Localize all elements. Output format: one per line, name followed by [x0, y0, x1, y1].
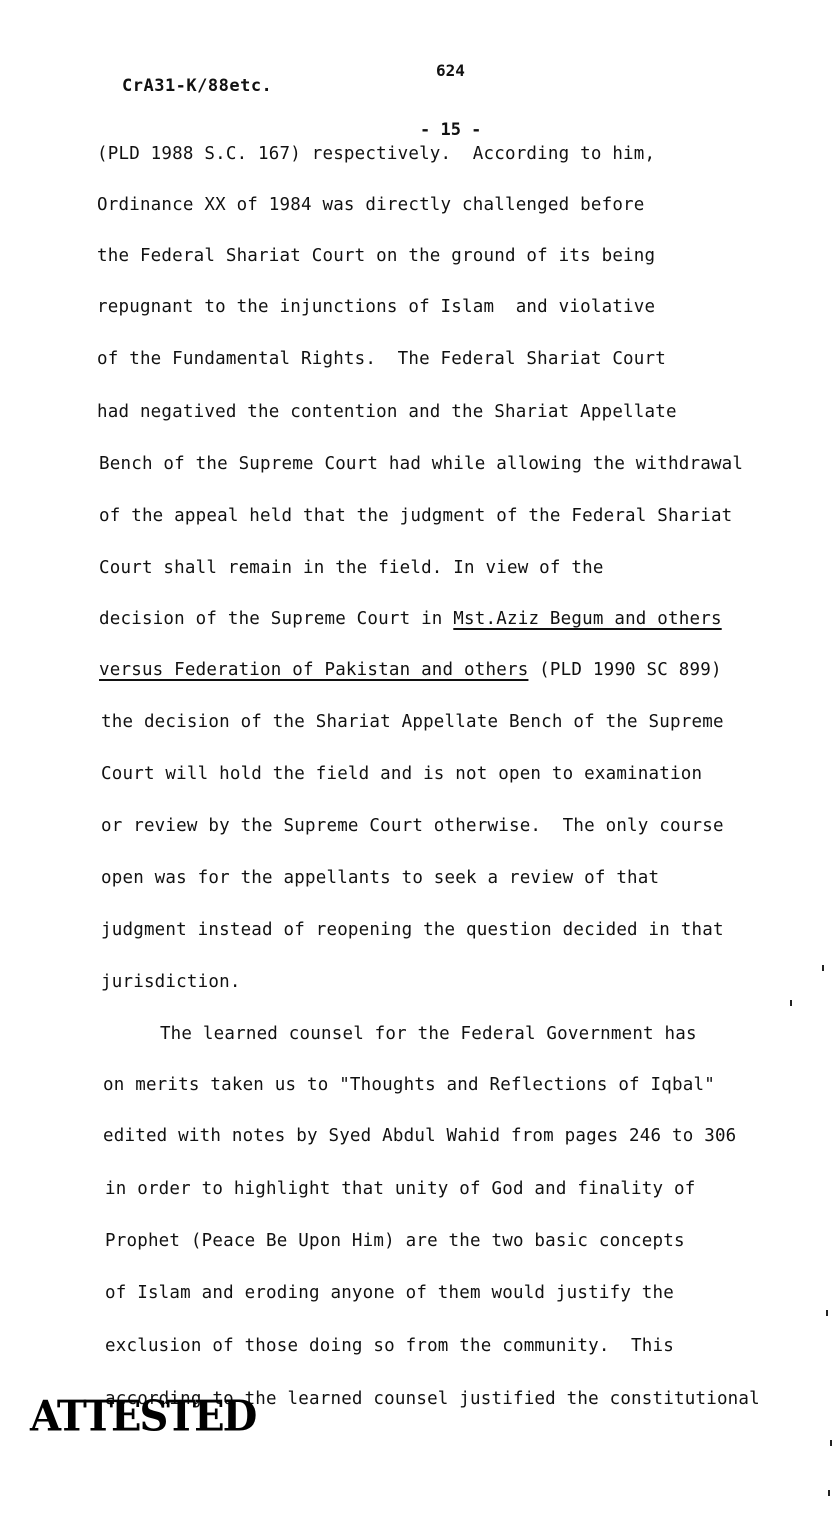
- citation-reference: (PLD 1990 SC 899): [528, 660, 721, 680]
- body-line-citation: decision of the Supreme Court in Mst.Azi…: [99, 609, 722, 629]
- body-line: Court shall remain in the field. In view…: [99, 558, 604, 578]
- body-line: Court will hold the field and is not ope…: [101, 764, 702, 784]
- body-line: the Federal Shariat Court on the ground …: [97, 246, 655, 266]
- scan-speck: [828, 1490, 830, 1496]
- scan-speck: [790, 1000, 792, 1006]
- scan-speck: [826, 1310, 828, 1316]
- body-line: exclusion of those doing so from the com…: [105, 1336, 674, 1356]
- body-line: Ordinance XX of 1984 was directly challe…: [97, 195, 645, 215]
- body-line: of the Fundamental Rights. The Federal S…: [97, 349, 666, 369]
- body-line: of Islam and eroding anyone of them woul…: [105, 1283, 674, 1303]
- case-reference: CrA31-K/88etc.: [122, 76, 272, 96]
- internal-page-number: - 15 -: [420, 120, 481, 140]
- body-line: Bench of the Supreme Court had while all…: [99, 454, 743, 474]
- body-line-citation: versus Federation of Pakistan and others…: [99, 660, 722, 680]
- body-text: decision of the Supreme Court in: [99, 609, 453, 629]
- page-number: 624: [436, 61, 465, 80]
- case-citation-underlined: versus Federation of Pakistan and others: [99, 660, 528, 680]
- body-line: on merits taken us to "Thoughts and Refl…: [103, 1075, 715, 1095]
- scan-speck: [830, 1440, 832, 1446]
- scan-speck: [822, 965, 824, 971]
- body-line: in order to highlight that unity of God …: [105, 1179, 695, 1199]
- body-line: The learned counsel for the Federal Gove…: [117, 1024, 697, 1044]
- body-line: had negatived the contention and the Sha…: [97, 402, 677, 422]
- case-citation-underlined: Mst.Aziz Begum and others: [453, 609, 721, 629]
- body-line: Prophet (Peace Be Upon Him) are the two …: [105, 1231, 685, 1251]
- body-line: (PLD 1988 S.C. 167) respectively. Accord…: [97, 144, 655, 164]
- body-line: repugnant to the injunctions of Islam an…: [97, 297, 655, 317]
- body-line: judgment instead of reopening the questi…: [101, 920, 724, 940]
- attested-stamp: ATTESTED: [30, 1392, 255, 1441]
- body-line: of the appeal held that the judgment of …: [99, 506, 732, 526]
- body-line: jurisdiction.: [101, 972, 241, 992]
- body-line: or review by the Supreme Court otherwise…: [101, 816, 724, 836]
- body-line: edited with notes by Syed Abdul Wahid fr…: [103, 1126, 736, 1146]
- body-line: open was for the appellants to seek a re…: [101, 868, 659, 888]
- body-line: the decision of the Shariat Appellate Be…: [101, 712, 724, 732]
